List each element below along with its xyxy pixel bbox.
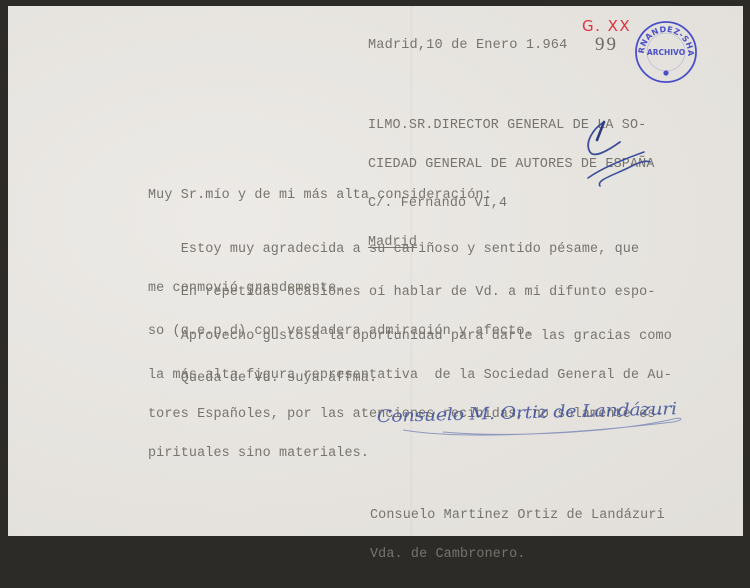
handwritten-annotation-mark xyxy=(582,118,662,190)
archive-reference-code: G. XX xyxy=(582,17,631,35)
paragraph-line: Estoy muy agradecida a su cariñoso y sen… xyxy=(148,243,639,256)
paragraph-line: En repetidas ocasiones oí hablar de Vd. … xyxy=(148,286,656,299)
signature-text: Consuelo M. Ortiz de Landázuri xyxy=(377,399,677,427)
paragraph-line: Aprovecho gustosa la oportunidad para da… xyxy=(148,330,672,343)
folio-number: 99 xyxy=(595,34,618,56)
letter-page: G. XX Madrid,10 de Enero 1.964 99 FERNAN… xyxy=(8,6,743,536)
handwritten-signature: Consuelo M. Ortiz de Landázuri xyxy=(373,394,693,444)
closing-line: Queda de Vd. suya affma. xyxy=(148,372,377,385)
signatory-block: Consuelo Martinez Ortiz de Landázuri Vda… xyxy=(370,483,665,546)
paragraph-line: pirituales sino materiales. xyxy=(148,447,672,460)
dateline: Madrid,10 de Enero 1.964 xyxy=(368,39,567,52)
signatory-name: Consuelo Martinez Ortiz de Landázuri xyxy=(370,509,665,522)
archive-stamp-icon: FERNANDEZ-SHAW ARCHIVO xyxy=(634,20,698,84)
salutation: Muy Sr.mío y de mi más alta consideració… xyxy=(148,189,492,202)
stamp-center-text: ARCHIVO xyxy=(647,48,685,57)
